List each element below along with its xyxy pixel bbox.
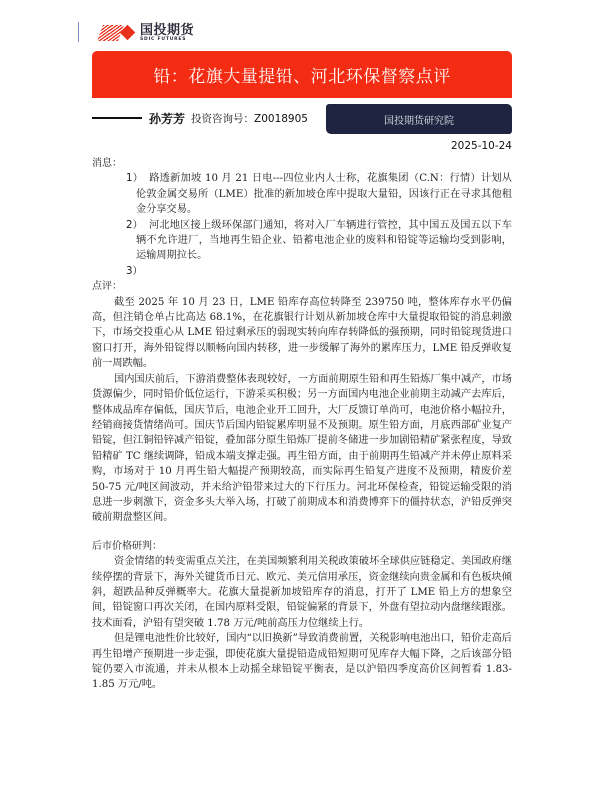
license-number: 投资咨询号：Z0018905 xyxy=(191,111,308,126)
outlook-paragraph: 资金情绪的转变需重点关注，在美国频繁利用关税政策破坏全球供应链稳定、美国政府继续… xyxy=(92,554,512,631)
company-logo: 国投期货 SDIC FUTURES xyxy=(98,22,194,44)
report-body: 消息： 1）路透新加坡 10 月 21 日电---四位业内人士称，花旗集团（C.… xyxy=(92,156,512,693)
header-divider xyxy=(78,22,79,42)
title-banner: 铅：花旗大量提铅、河北环保督察点评 xyxy=(92,51,512,98)
comment-paragraph: 国内国庆前后，下游消费整体表现较好，一方面前期原生铅和再生铅炼厂集中减产，市场货… xyxy=(92,372,512,526)
institute-badge: 国投期货研究院 xyxy=(326,104,512,134)
news-item: 3） xyxy=(92,264,512,279)
comment-paragraph: 截至 2025 年 10 月 23 日，LME 铅库存高位转降至 239750 … xyxy=(92,295,512,372)
news-label: 消息： xyxy=(92,156,512,171)
logo-text-cn: 国投期货 xyxy=(140,24,194,37)
report-title: 铅：花旗大量提铅、河北环保督察点评 xyxy=(153,62,451,87)
author-row: 孙芳芳 投资咨询号：Z0018905 xyxy=(92,108,308,128)
news-item: 2）河北地区接上级环保部门通知，将对入厂车辆进行管控，其中国五及国五以下车辆不允… xyxy=(92,218,512,264)
institute-name: 国投期货研究院 xyxy=(384,112,454,127)
comment-label: 点评： xyxy=(92,279,512,294)
logo-text-en: SDIC FUTURES xyxy=(140,38,194,43)
outlook-label: 后市价格研判： xyxy=(92,539,512,554)
author-divider xyxy=(92,117,142,119)
report-date: 2025-10-24 xyxy=(451,140,512,152)
outlook-paragraph: 但是锂电池性价比较好，国内“以旧换新”导致消费前置，关税影响电池出口，铅价走高后… xyxy=(92,631,512,693)
author-name: 孙芳芳 xyxy=(149,110,185,127)
sdic-logo-icon xyxy=(98,25,136,41)
news-item: 1）路透新加坡 10 月 21 日电---四位业内人士称，花旗集团（C.N：行情… xyxy=(92,171,512,217)
